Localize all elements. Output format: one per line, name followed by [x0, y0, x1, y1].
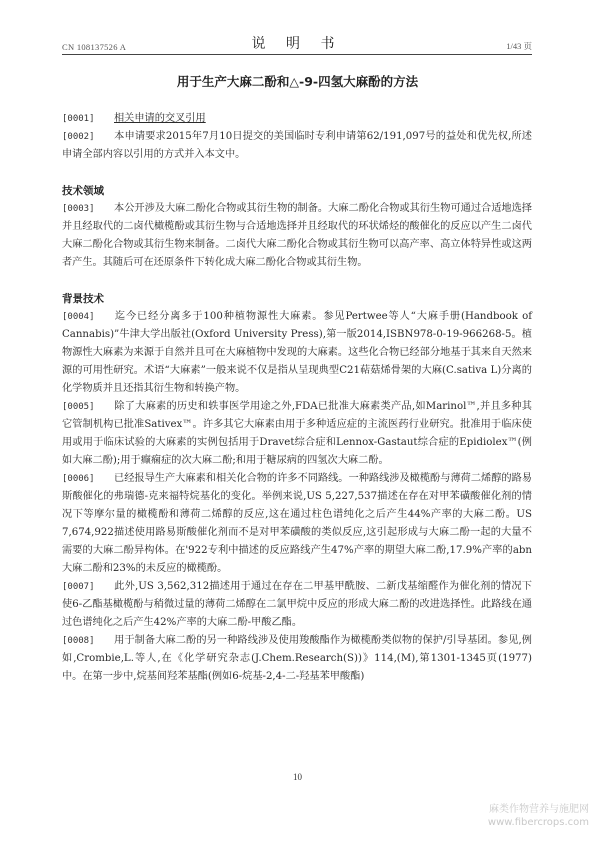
document-title: 用于生产大麻二酚和△-9-四氢大麻酚的方法: [0, 72, 595, 90]
watermark-site-name: 麻类作物营养与施肥网: [488, 803, 589, 816]
paragraph-0008: [0008]用于制备大麻二酚的另一种路线涉及使用羧酸酯作为橄榄酚类似物的保护/引…: [62, 632, 532, 686]
paragraph-0002: [0002]本申请要求2015年7月10日提交的美国临时专利申请第62/191,…: [62, 128, 532, 164]
paragraph-text: 除了大麻素的历史和轶事医学用途之外,FDA已批准大麻素类产品,如Marinol™…: [62, 401, 532, 466]
paragraph-text: 本申请要求2015年7月10日提交的美国临时专利申请第62/191,097号的益…: [62, 131, 532, 160]
watermark-url: www.fibercrops.com: [488, 816, 589, 829]
paragraph-id: [0006]: [62, 470, 106, 488]
section-heading-background: 背景技术: [62, 290, 532, 308]
paragraph-text: 此外,US 3,562,312描述用于通过在存在二甲基甲酰胺、二新戊基缩醛作为催…: [62, 581, 532, 628]
paragraph-id: [0004]: [62, 308, 106, 326]
watermark: 麻类作物营养与施肥网 www.fibercrops.com: [488, 803, 589, 829]
paragraph-0003: [0003]本公开涉及大麻二酚化合物或其衍生物的制备。大麻二酚化合物或其衍生物可…: [62, 200, 532, 272]
cross-reference-heading: 相关申请的交叉引用: [114, 113, 206, 124]
document-body: [0001]相关申请的交叉引用 [0002]本申请要求2015年7月10日提交的…: [62, 110, 532, 686]
paragraph-id: [0008]: [62, 632, 106, 650]
paragraph-text: 本公开涉及大麻二酚化合物或其衍生物的制备。大麻二酚化合物或其衍生物可通过合适地选…: [62, 203, 532, 268]
paragraph-text: 迄今已经分离多于100种植物源性大麻素。参见Pertwee等人“大麻手册(Han…: [62, 311, 532, 394]
paragraph-id: [0003]: [62, 200, 106, 218]
paragraph-text: 已经报导生产大麻素和相关化合物的许多不同路线。一种路线涉及橄榄酚与薄荷二烯醇的路…: [62, 473, 532, 574]
page-header: CN 108137526 A 说 明 书 1/43 页: [62, 36, 532, 54]
paragraph-id: [0005]: [62, 398, 106, 416]
document-type: 说 明 书: [62, 33, 532, 53]
paragraph-0006: [0006]已经报导生产大麻素和相关化合物的许多不同路线。一种路线涉及橄榄酚与薄…: [62, 470, 532, 578]
page-count: 1/43 页: [506, 40, 532, 52]
paragraph-text: 用于制备大麻二酚的另一种路线涉及使用羧酸酯作为橄榄酚类似物的保护/引导基团。参见…: [62, 635, 532, 682]
paragraph-id: [0002]: [62, 128, 106, 146]
paragraph-0004: [0004]迄今已经分离多于100种植物源性大麻素。参见Pertwee等人“大麻…: [62, 308, 532, 398]
header-divider: [62, 54, 532, 55]
paragraph-0001: [0001]相关申请的交叉引用: [62, 110, 532, 128]
paragraph-id: [0007]: [62, 578, 106, 596]
paragraph-id: [0001]: [62, 110, 106, 128]
paragraph-0007: [0007]此外,US 3,562,312描述用于通过在存在二甲基甲酰胺、二新戊…: [62, 578, 532, 632]
page-number: 10: [0, 772, 595, 782]
paragraph-0005: [0005]除了大麻素的历史和轶事医学用途之外,FDA已批准大麻素类产品,如Ma…: [62, 398, 532, 470]
section-heading-technical-field: 技术领域: [62, 182, 532, 200]
